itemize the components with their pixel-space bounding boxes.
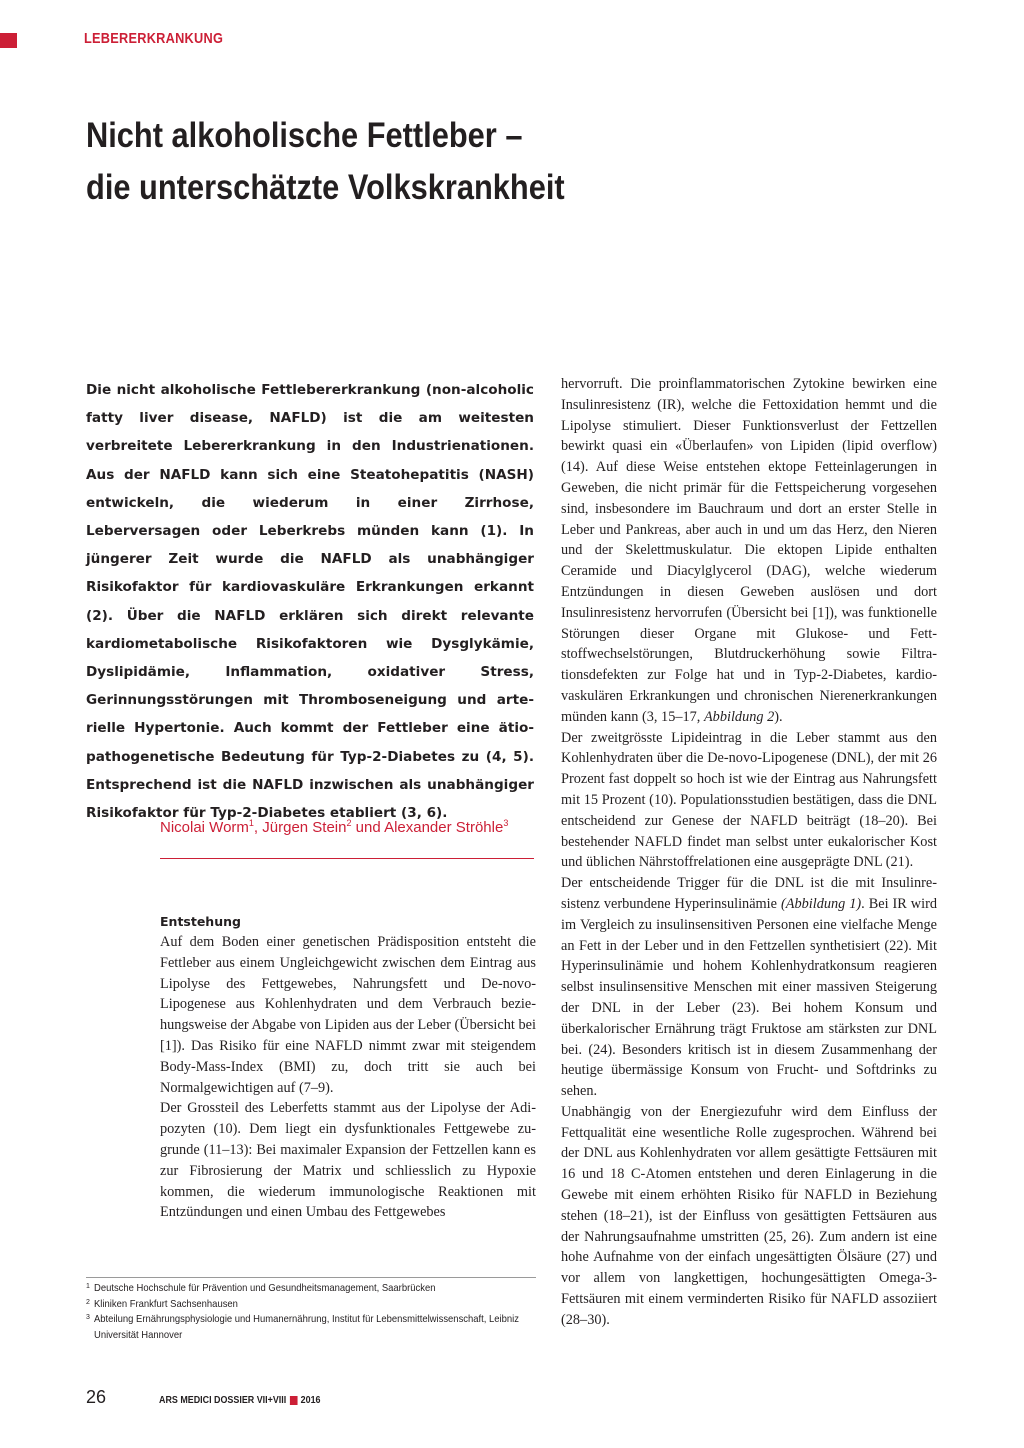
- article-title: Nicht alkoholische Fettleber – die unter…: [86, 110, 565, 214]
- author-name: Jürgen Stein: [262, 819, 346, 836]
- author-name: Nicolai Worm: [160, 819, 249, 836]
- footnote-text: Abteilung Ernährungsphysiologie und Huma…: [94, 1312, 519, 1343]
- footnote-text: Deutsche Hochschule für Prävention und G…: [94, 1281, 435, 1297]
- body-paragraph: Der zweitgrösste Lipideintrag in die Leb…: [561, 728, 937, 874]
- paragraph-text: hervorruft. Die proinflammatorischen Zyt…: [561, 376, 937, 725]
- title-line-2: die unterschätzte Volkskrankheit: [86, 162, 565, 214]
- red-square-icon: [290, 1396, 298, 1405]
- authors-divider: [160, 858, 534, 859]
- journal-year: 2016: [301, 1394, 321, 1406]
- footnote-number: 2: [86, 1297, 94, 1313]
- author-separator: und: [352, 819, 385, 836]
- body-paragraph: Der Grossteil des Leberfetts stammt aus …: [160, 1098, 536, 1223]
- body-paragraph: Unabhängig von der Energiezufuhr wird de…: [561, 1102, 937, 1331]
- journal-name: ARS MEDICI DOSSIER VII+VIII: [159, 1394, 286, 1406]
- footnote-line: Universität Hannover: [94, 1329, 182, 1341]
- figure-reference: Abbildung 2: [704, 709, 774, 725]
- paragraph-text: ).: [774, 709, 782, 725]
- footnote: 3 Abteilung Ernährungsphysiologie und Hu…: [86, 1312, 538, 1343]
- left-column: Auf dem Boden einer genetischen Prädispo…: [160, 932, 536, 1223]
- footnote: 2 Kliniken Frankfurt Sachsenhausen: [86, 1297, 538, 1313]
- section-marker: [0, 33, 17, 48]
- paragraph-text: . Bei IR wird im Vergleich zu insulinsen…: [561, 896, 937, 1099]
- footnote-text: Kliniken Frankfurt Sachsenhausen: [94, 1297, 238, 1313]
- body-paragraph: hervorruft. Die proinflammatorischen Zyt…: [561, 374, 937, 728]
- author-affiliation: 3: [503, 818, 508, 828]
- section-heading: Entstehung: [160, 914, 241, 929]
- right-column: hervorruft. Die proinflammatorischen Zyt…: [561, 374, 937, 1331]
- footnote: 1 Deutsche Hochschule für Prävention und…: [86, 1281, 538, 1297]
- journal-footer: ARS MEDICI DOSSIER VII+VIII 2016: [159, 1394, 321, 1406]
- footnote-divider: [86, 1277, 536, 1278]
- author-separator: ,: [254, 819, 262, 836]
- footnote-number: 3: [86, 1312, 94, 1343]
- author-name: Alexander Ströhle: [384, 819, 503, 836]
- footnotes: 1 Deutsche Hochschule für Prävention und…: [86, 1281, 538, 1343]
- body-paragraph: Auf dem Boden einer genetischen Prädispo…: [160, 932, 536, 1098]
- title-line-1: Nicht alkoholische Fettleber –: [86, 110, 565, 162]
- figure-reference: (Abbildung 1): [781, 896, 861, 912]
- page-number: 26: [86, 1387, 106, 1408]
- footnote-line: Abteilung Ernährungsphysiologie und Huma…: [94, 1313, 519, 1325]
- footnote-number: 1: [86, 1281, 94, 1297]
- section-label: LEBERERKRANKUNG: [84, 30, 223, 47]
- lead-paragraph: Die nicht alkoholische Fettlebererkranku…: [86, 376, 534, 827]
- authors: Nicolai Worm1, Jürgen Stein2 und Alexand…: [160, 813, 534, 838]
- body-paragraph: Der entscheidende Trigger für die DNL is…: [561, 873, 937, 1102]
